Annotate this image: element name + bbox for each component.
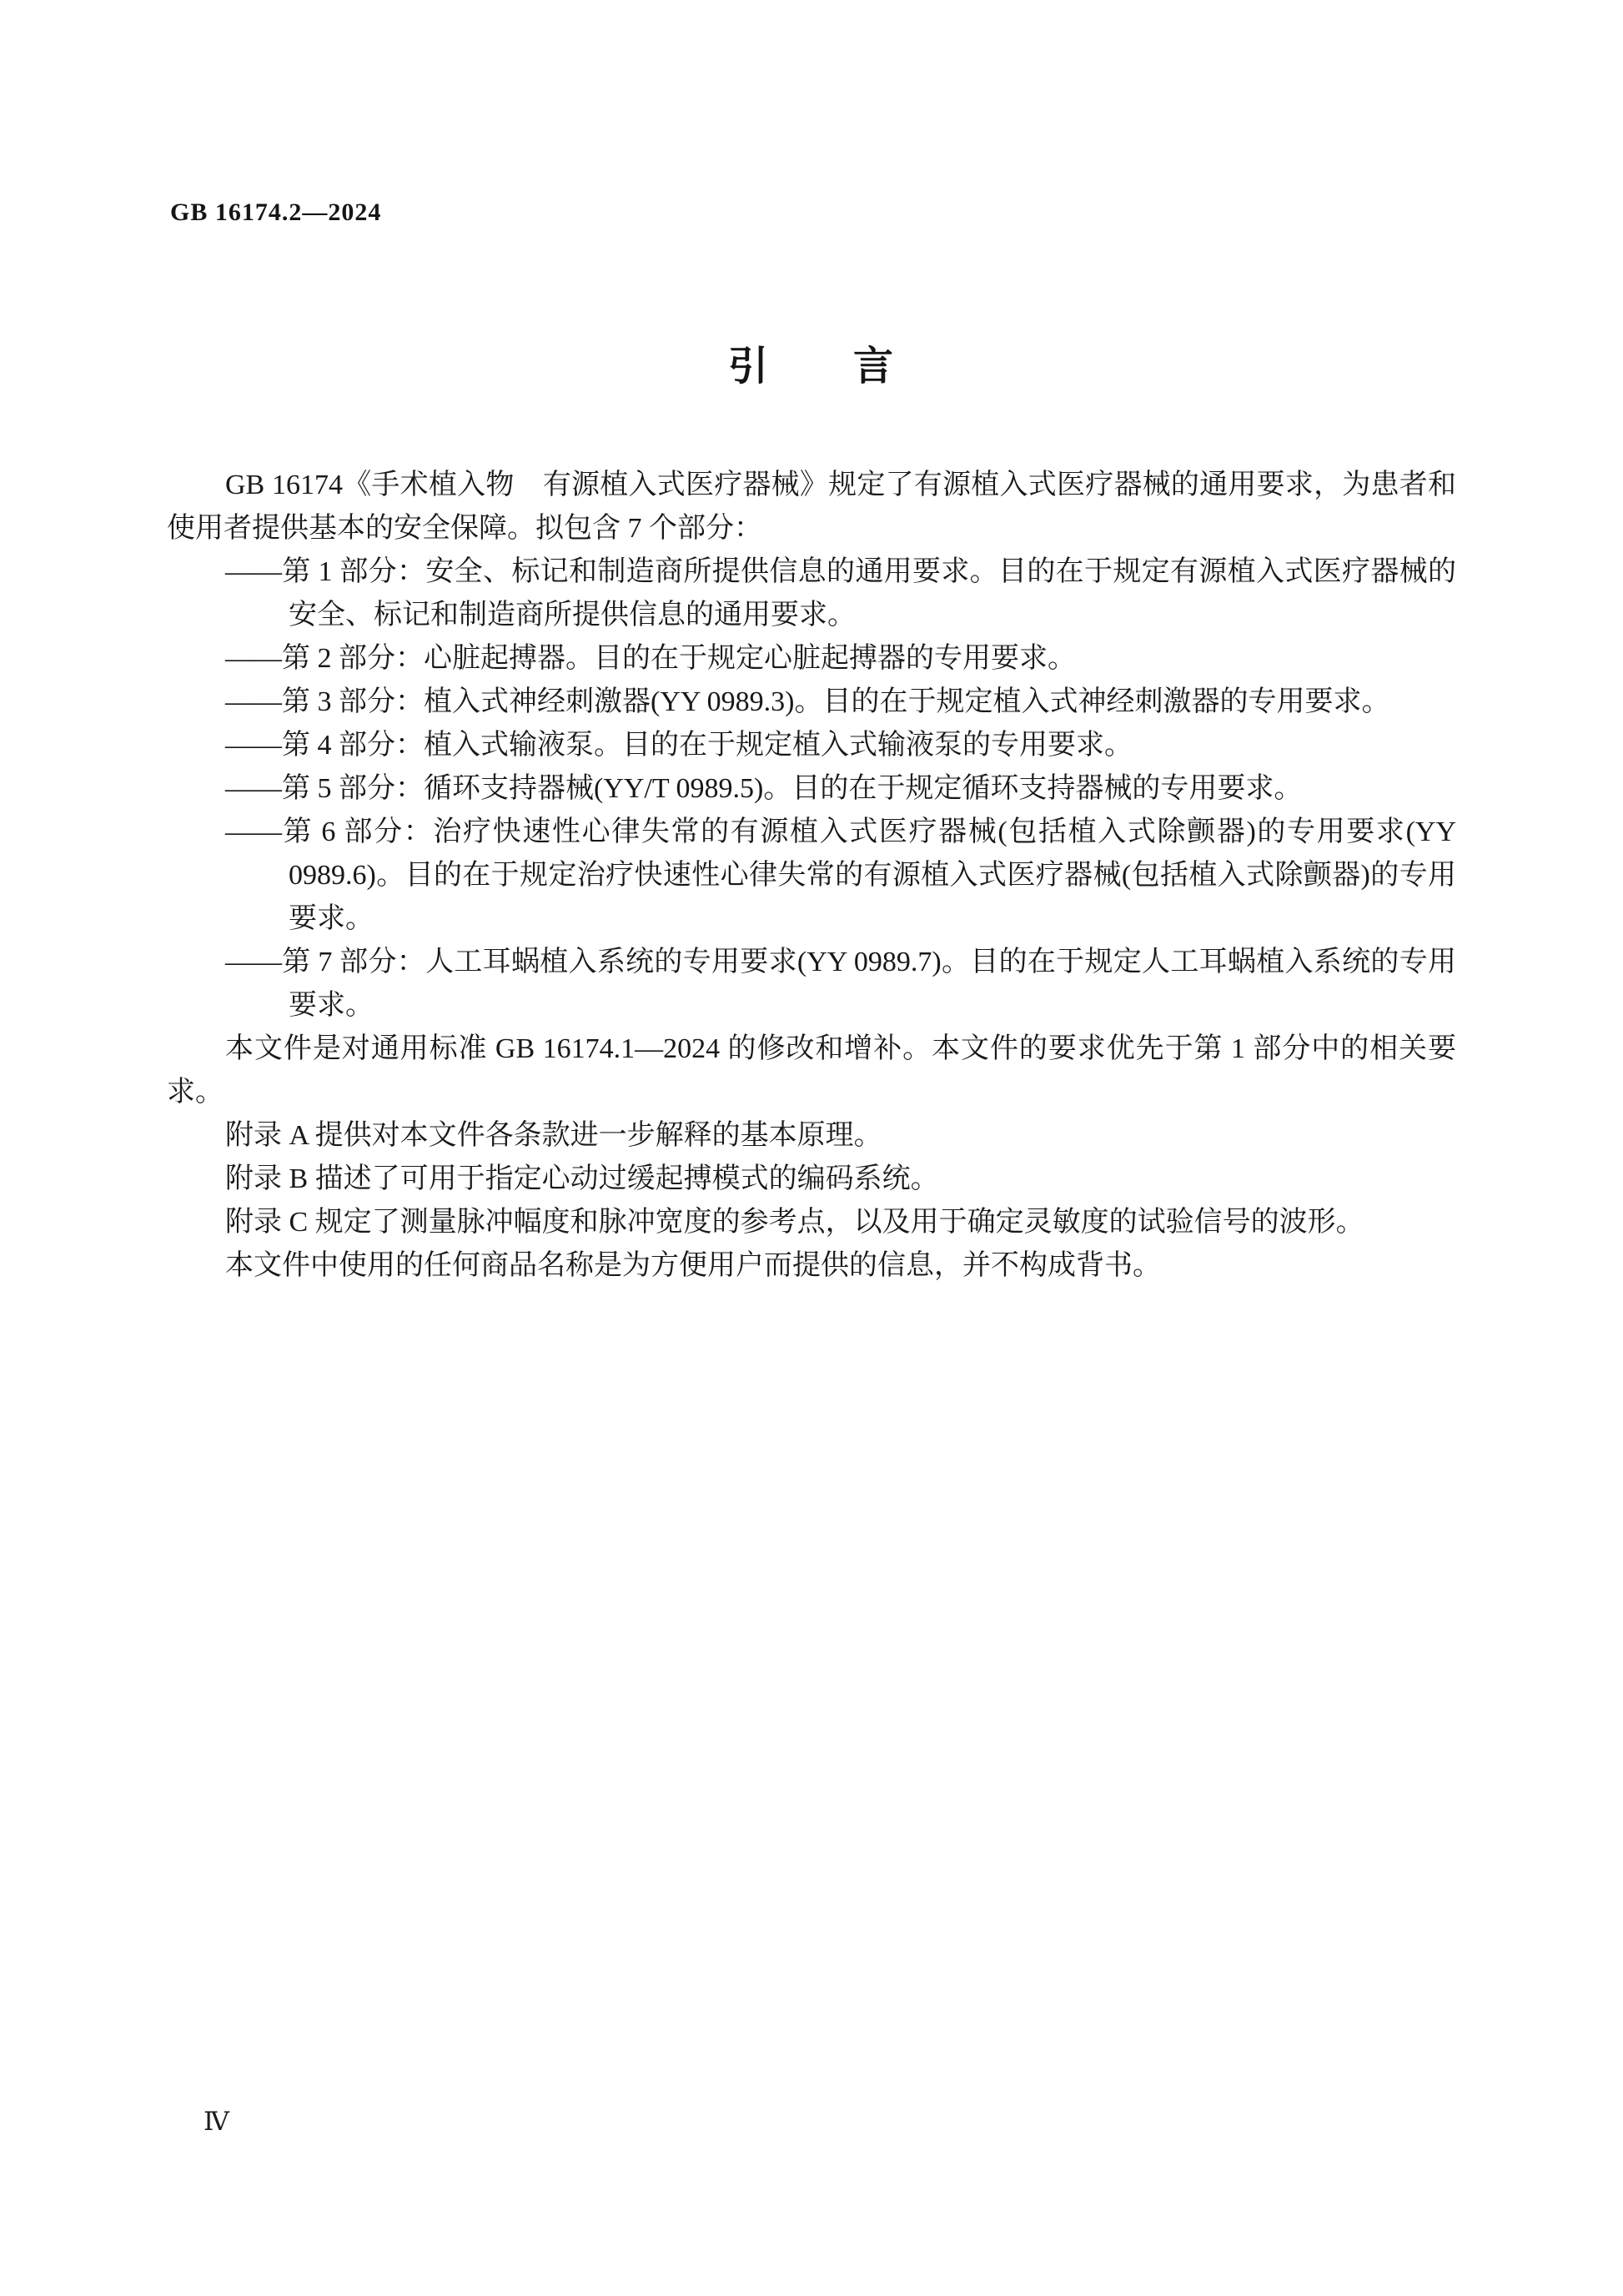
paragraph: 附录 A 提供对本文件各条款进一步解释的基本原理。 — [167, 1114, 1456, 1158]
page-title: 引 言 — [167, 334, 1456, 391]
paragraph: 本文件中使用的任何商品名称是为方便用户而提供的信息，并不构成背书。 — [167, 1244, 1456, 1288]
document-page: GB 16174.2—2024 引 言 GB 16174《手术植入物 有源植入式… — [0, 0, 1623, 2296]
list-item: ——第 6 部分：治疗快速性心律失常的有源植入式医疗器械(包括植入式除颤器)的专… — [167, 811, 1456, 941]
list-item: ——第 1 部分：安全、标记和制造商所提供信息的通用要求。目的在于规定有源植入式… — [167, 550, 1456, 637]
standard-number: GB 16174.2—2024 — [170, 198, 381, 227]
list-item: ——第 5 部分：循环支持器械(YY/T 0989.5)。目的在于规定循环支持器… — [167, 767, 1456, 811]
paragraph: GB 16174《手术植入物 有源植入式医疗器械》规定了有源植入式医疗器械的通用… — [167, 464, 1456, 550]
paragraph: 本文件是对通用标准 GB 16174.1—2024 的修改和增补。本文件的要求优… — [167, 1027, 1456, 1114]
list-item: ——第 4 部分：植入式输液泵。目的在于规定植入式输液泵的专用要求。 — [167, 724, 1456, 767]
list-item: ——第 7 部分：人工耳蜗植入系统的专用要求(YY 0989.7)。目的在于规定… — [167, 941, 1456, 1027]
list-item: ——第 3 部分：植入式神经刺激器(YY 0989.3)。目的在于规定植入式神经… — [167, 681, 1456, 724]
document-body: GB 16174《手术植入物 有源植入式医疗器械》规定了有源植入式医疗器械的通用… — [167, 464, 1456, 1288]
paragraph: 附录 C 规定了测量脉冲幅度和脉冲宽度的参考点，以及用于确定灵敏度的试验信号的波… — [167, 1201, 1456, 1244]
paragraph: 附录 B 描述了可用于指定心动过缓起搏模式的编码系统。 — [167, 1158, 1456, 1201]
page-number: Ⅳ — [204, 2107, 229, 2137]
list-item: ——第 2 部分：心脏起搏器。目的在于规定心脏起搏器的专用要求。 — [167, 637, 1456, 681]
